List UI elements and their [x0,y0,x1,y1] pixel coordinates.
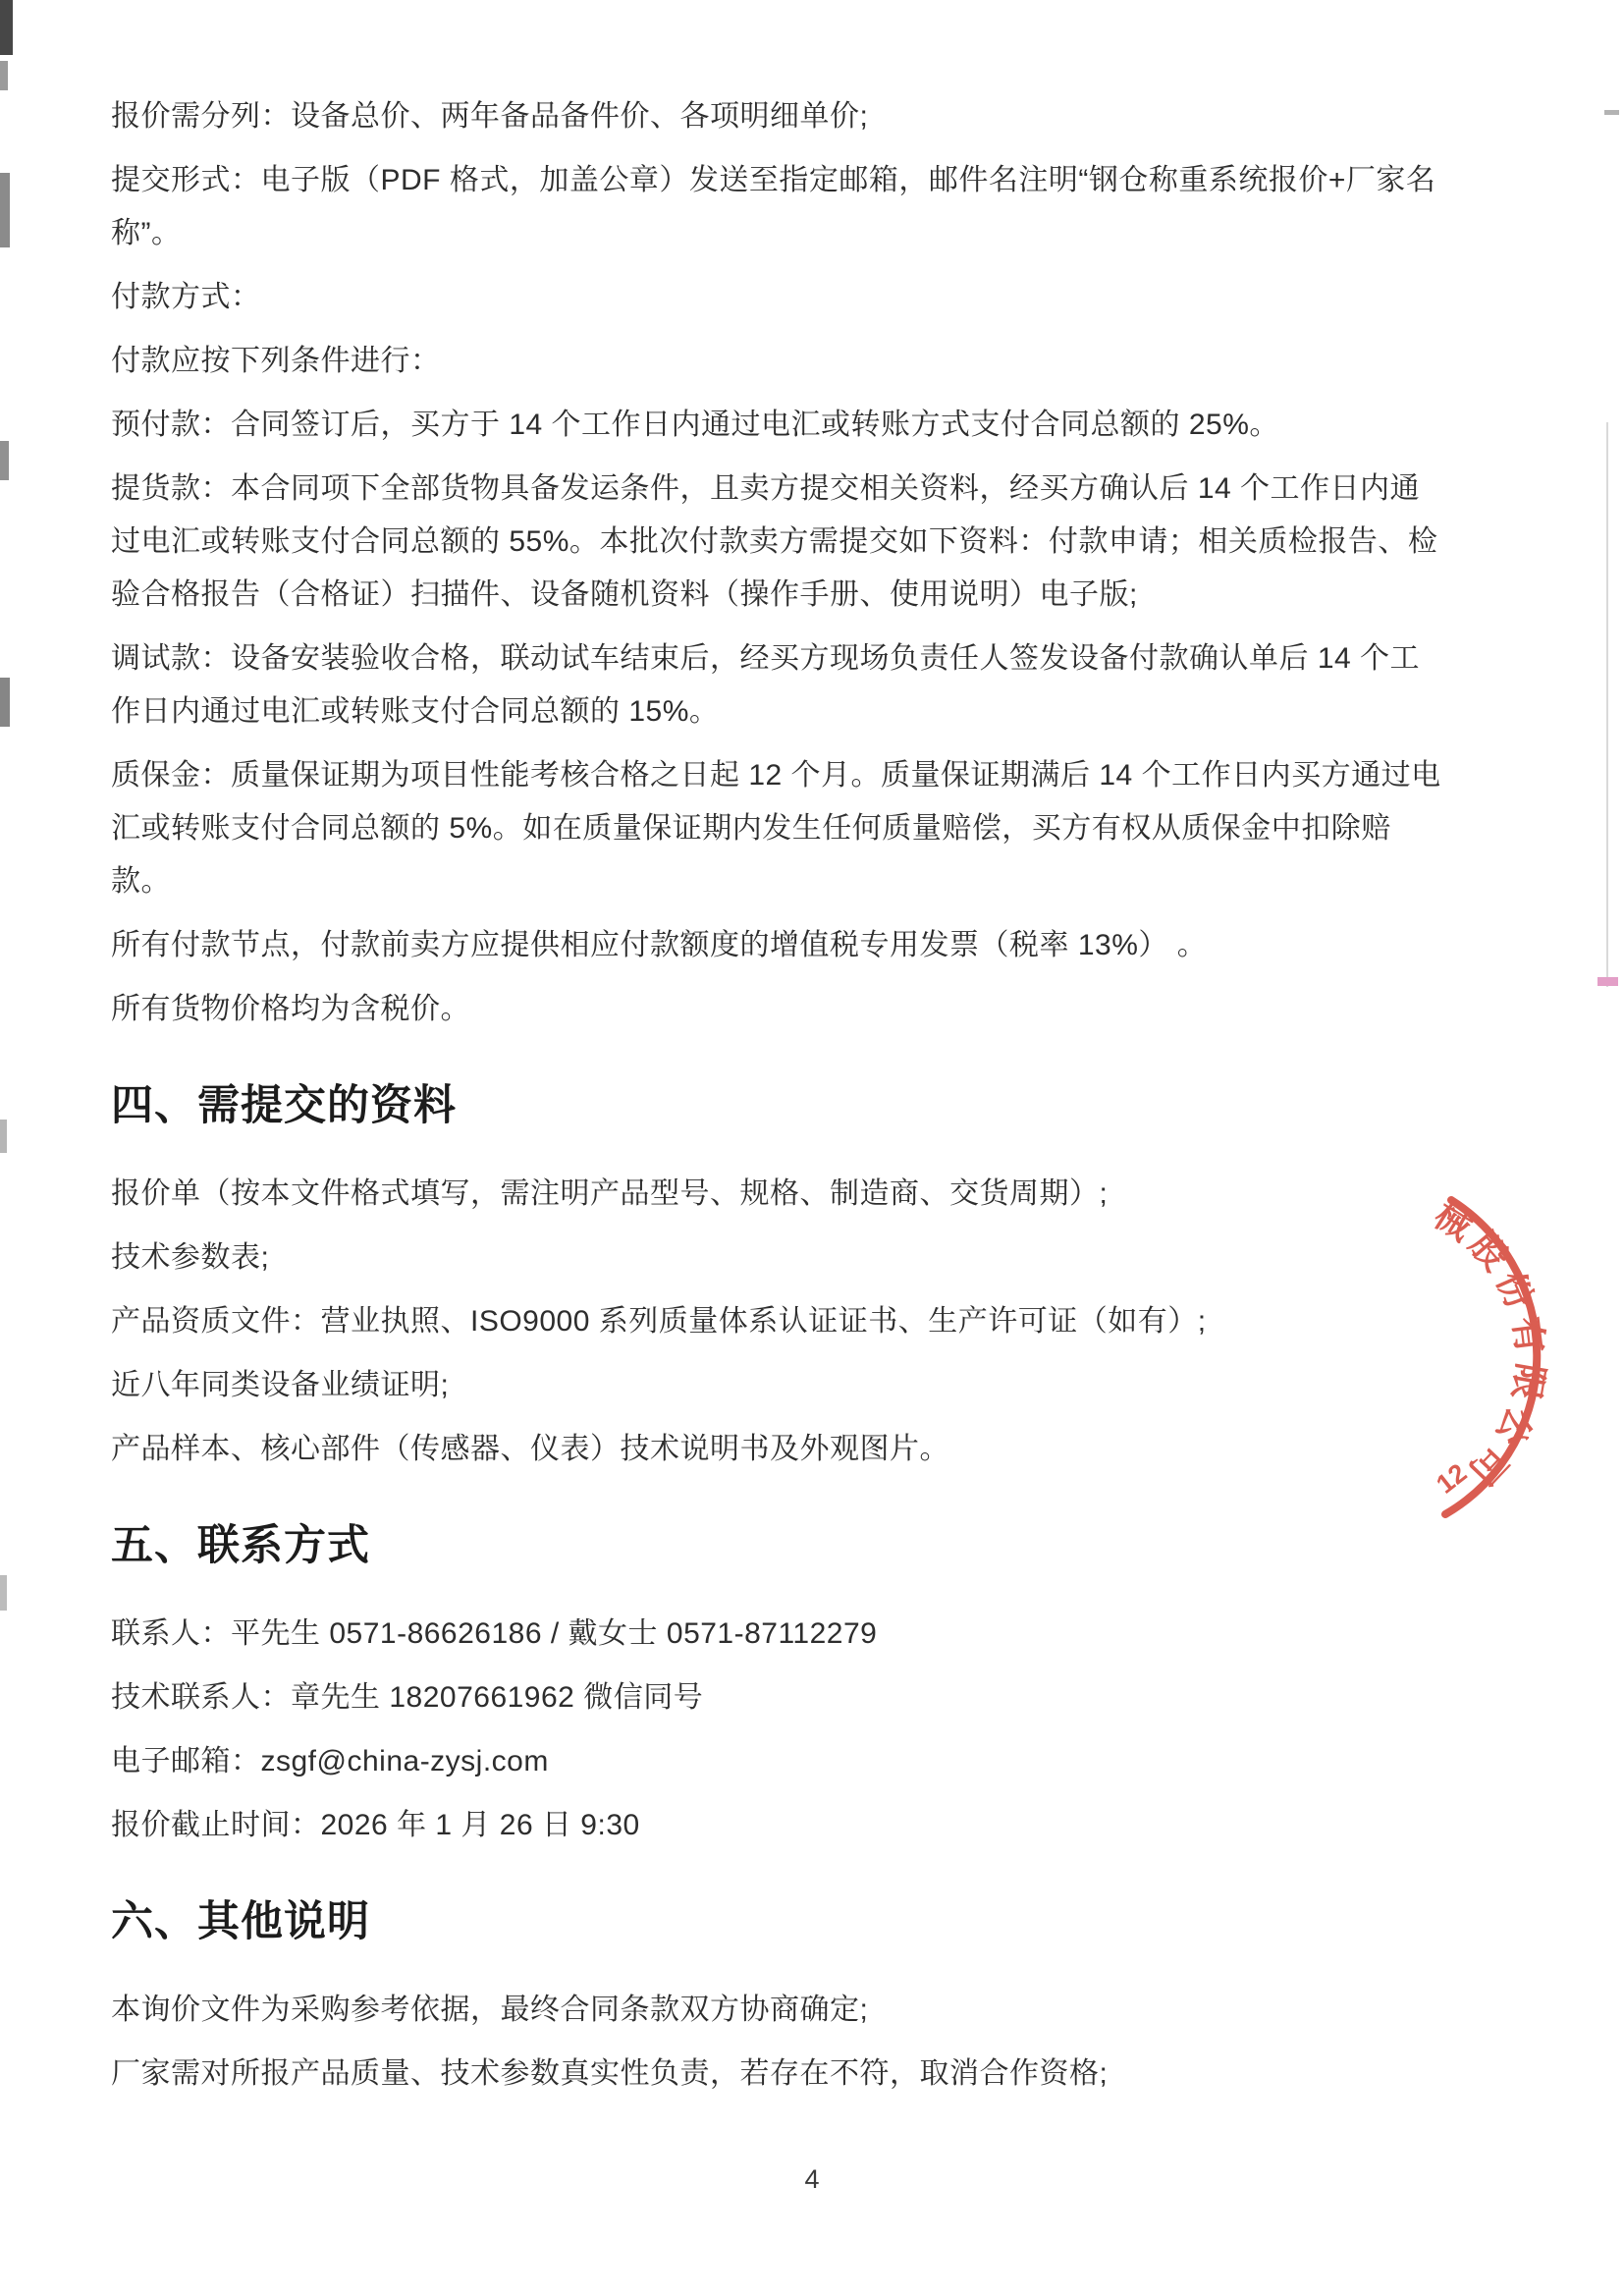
paragraph: 所有货物价格均为含税价。 [111,983,1531,1036]
paragraph: 调试款：设备安装验收合格，联动试车结束后，经买方现场负责任人签发设备付款确认单后… [111,632,1531,738]
doc-line: 调试款：设备安装验收合格，联动试车结束后，经买方现场负责任人签发设备付款确认单后… [111,632,1531,685]
paragraph: 付款方式： [111,271,1531,324]
paragraph: 技术参数表; [111,1231,1531,1285]
document-page: 报价需分列：设备总价、两年备品备件价、各项明细单价; 提交形式：电子版（PDF … [0,0,1624,2296]
paragraph: 预付款：合同签订后，买方于 14 个工作日内通过电汇或转账方式支付合同总额的 2… [111,399,1531,452]
paragraph: 电子邮箱：zsgf@china-zysj.com [111,1735,1531,1788]
paragraph: 产品资质文件：营业执照、ISO9000 系列质量体系认证证书、生产许可证（如有）… [111,1295,1531,1348]
scan-artifact [0,1575,7,1611]
doc-line: 报价需分列：设备总价、两年备品备件价、各项明细单价; [111,90,1531,143]
scan-artifact [0,1120,7,1153]
scan-artifact [0,0,13,55]
paragraph: 厂家需对所报产品质量、技术参数真实性负责，若存在不符，取消合作资格; [111,2048,1531,2101]
paragraph: 报价单（按本文件格式填写，需注明产品型号、规格、制造商、交货周期）; [111,1168,1531,1221]
paragraph: 所有付款节点，付款前卖方应提供相应付款额度的增值税专用发票（税率 13%） 。 [111,919,1531,972]
doc-line: 报价单（按本文件格式填写，需注明产品型号、规格、制造商、交货周期）; [111,1168,1531,1221]
doc-line: 作日内通过电汇或转账支付合同总额的 15%。 [111,685,1531,738]
doc-line: 付款应按下列条件进行： [111,335,1531,388]
doc-line: 产品资质文件：营业执照、ISO9000 系列质量体系认证证书、生产许可证（如有）… [111,1295,1531,1348]
paragraph: 提交形式：电子版（PDF 格式，加盖公章）发送至指定邮箱，邮件名注明“钢仓称重系… [111,154,1531,260]
deadline-line: 报价截止时间：2026 年 1 月 26 日 9:30 [111,1799,1531,1852]
paragraph: 本询价文件为采购参考依据，最终合同条款双方协商确定; [111,1984,1531,2037]
paragraph: 付款应按下列条件进行： [111,335,1531,388]
doc-line: 称”。 [111,207,1531,260]
email-line: 电子邮箱：zsgf@china-zysj.com [111,1735,1531,1788]
page-number: 4 [0,2164,1624,2195]
paragraph: 产品样本、核心部件（传感器、仪表）技术说明书及外观图片。 [111,1423,1531,1476]
doc-line: 汇或转账支付合同总额的 5%。如在质量保证期内发生任何质量赔偿，买方有权从质保金… [111,802,1531,855]
scan-artifact [0,61,8,90]
technical-contact-line: 技术联系人：章先生 18207661962 微信同号 [111,1671,1531,1724]
scan-artifact [0,678,10,727]
doc-line: 技术参数表; [111,1231,1531,1285]
paragraph: 联系人：平先生 0571-86626186 / 戴女士 0571-8711227… [111,1608,1531,1661]
doc-line: 质保金：质量保证期为项目性能考核合格之日起 12 个月。质量保证期满后 14 个… [111,749,1531,802]
paragraph: 报价需分列：设备总价、两年备品备件价、各项明细单价; [111,90,1531,143]
doc-line: 本询价文件为采购参考依据，最终合同条款双方协商确定; [111,1984,1531,2037]
section-heading-materials: 四、需提交的资料 [111,1077,1531,1134]
doc-line: 提交形式：电子版（PDF 格式，加盖公章）发送至指定邮箱，邮件名注明“钢仓称重系… [111,154,1531,207]
contact-person-line: 联系人：平先生 0571-86626186 / 戴女士 0571-8711227… [111,1608,1531,1661]
doc-line: 厂家需对所报产品质量、技术参数真实性负责，若存在不符，取消合作资格; [111,2048,1531,2101]
doc-line: 产品样本、核心部件（传感器、仪表）技术说明书及外观图片。 [111,1423,1531,1476]
doc-line: 提货款：本合同项下全部货物具备发运条件，且卖方提交相关资料，经买方确认后 14 … [111,463,1531,516]
scan-artifact [0,441,9,480]
doc-line: 所有付款节点，付款前卖方应提供相应付款额度的增值税专用发票（税率 13%） 。 [111,919,1531,972]
scan-artifact [1597,977,1618,986]
doc-line: 款。 [111,855,1531,908]
doc-line: 预付款：合同签订后，买方于 14 个工作日内通过电汇或转账方式支付合同总额的 2… [111,399,1531,452]
section-heading-other-notes: 六、其他说明 [111,1893,1531,1950]
scan-artifact [0,173,10,247]
scan-artifact [1604,110,1619,115]
doc-line: 验合格报告（合格证）扫描件、设备随机资料（操作手册、使用说明）电子版; [111,569,1531,622]
paragraph: 技术联系人：章先生 18207661962 微信同号 [111,1671,1531,1724]
doc-line: 过电汇或转账支付合同总额的 55%。本批次付款卖方需提交如下资料：付款申请；相关… [111,516,1531,569]
paragraph: 近八年同类设备业绩证明; [111,1359,1531,1412]
scan-artifact [1606,422,1608,987]
doc-line: 近八年同类设备业绩证明; [111,1359,1531,1412]
paragraph: 质保金：质量保证期为项目性能考核合格之日起 12 个月。质量保证期满后 14 个… [111,749,1531,908]
doc-line: 付款方式： [111,271,1531,324]
document-body: 报价需分列：设备总价、两年备品备件价、各项明细单价; 提交形式：电子版（PDF … [0,0,1624,2101]
paragraph: 报价截止时间：2026 年 1 月 26 日 9:30 [111,1799,1531,1852]
paragraph: 提货款：本合同项下全部货物具备发运条件，且卖方提交相关资料，经买方确认后 14 … [111,463,1531,622]
section-heading-contacts: 五、联系方式 [111,1517,1531,1574]
doc-line: 所有货物价格均为含税价。 [111,983,1531,1036]
